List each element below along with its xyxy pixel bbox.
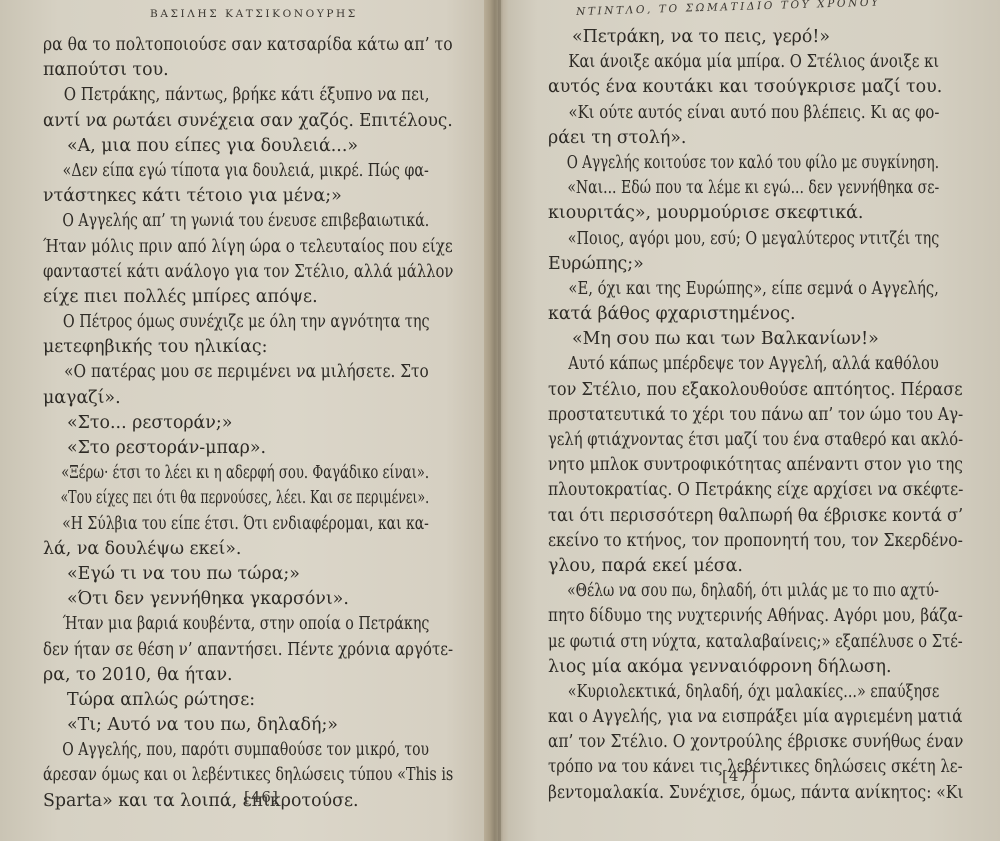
text-line: ντάστηκες κάτι τέτοιο για μένα;»: [43, 184, 453, 209]
text-line: Ο Αγγελής απ’ τη γωνιά του ένευσε επιβεβ…: [43, 209, 375, 234]
text-line: αντί να ρωτάει συνέχεια σαν χαζός. Επιτέ…: [43, 109, 439, 134]
text-line: γελή φτιάχνοντας έτσι μαζί του ένα σταθε…: [548, 428, 900, 453]
text-line: Ο Αγγελής κοιτούσε τον καλό του φίλο με …: [548, 151, 872, 176]
text-line: και ο Αγγελής, για να εισπράξει μία αγρι…: [548, 705, 913, 730]
text-line: «Του είχες πει ότι θα περνούσες, λέει. Κ…: [43, 486, 341, 511]
gutter-shadow: [498, 0, 501, 841]
text-line: «Κυριολεκτικά, δηλαδή, όχι μαλακίες...» …: [548, 680, 890, 705]
text-line: λιος μία ακόμα γενναιόφρονη δήλωση.: [548, 655, 963, 680]
text-line: δεν ήταν σε θέση ν’ απαντήσει. Πέντε χρό…: [43, 638, 397, 663]
text-line: φανταστεί κάτι ανάλογο για τον Στέλιο, α…: [43, 260, 391, 285]
text-line: προστατευτικά το χέρι του πάνω απ’ τον ώ…: [548, 403, 912, 428]
text-line: «Α, μια που είπες για δουλειά...»: [43, 134, 453, 159]
text-line: Ήταν μόλις πριν από λίγη ώρα ο τελευταίο…: [43, 235, 398, 260]
right-page: ΝΤΙΝΤΛΟ, ΤΟ ΣΩΜΑΤΙΔΙΟ ΤΟΥ ΧΡΟΝΟΥ «Πετράκ…: [508, 0, 1000, 841]
text-line: Και άνοιξε ακόμα μία μπίρα. Ο Στέλιος άν…: [548, 50, 901, 75]
text-line: μαγαζί».: [43, 386, 453, 411]
book-gutter: [484, 0, 508, 841]
text-line: «Ξέρω· έτσι το λέει κι η αδερφή σου. Φαγ…: [43, 461, 355, 486]
text-line: «Τι; Αυτό να του πω, δηλαδή;»: [43, 713, 453, 738]
right-page-text: «Πετράκη, να το πεις, γερό!»Και άνοιξε α…: [548, 25, 963, 806]
text-line: Ο Πέτρος όμως συνέχιζε με όλη την αγνότη…: [43, 310, 382, 335]
text-line: απ’ τον Στέλιο. Ο χοντρούλης έβρισκε συν…: [548, 730, 916, 755]
text-line: κιουριτάς», μουρμούρισε σκεφτικά.: [548, 201, 963, 226]
text-line: αυτός ένα κουτάκι και τσούγκρισε μαζί το…: [548, 75, 963, 100]
text-line: «Ο πατέρας μου σε περιμένει να μιλήσετε.…: [43, 360, 404, 385]
text-line: «Ότι δεν γεννήθηκα γκαρσόνι».: [43, 587, 453, 612]
running-head-author: ΒΑΣΙΛΗΣ ΚΑΤΣΙΚΟΝΟΥΡΗΣ: [150, 8, 358, 20]
text-line: ται ότι περισσότερη θαλπωρή θα έβρισκε κ…: [548, 504, 935, 529]
text-line: Αυτό κάπως μπέρδεψε τον Αγγελή, αλλά καθ…: [548, 352, 898, 377]
text-line: «Στο... ρεστοράν;»: [43, 411, 453, 436]
text-line: ράει τη στολή».: [548, 126, 963, 151]
page-number-right: [47]: [722, 767, 757, 785]
text-line: «Δεν είπα εγώ τίποτα για δουλειά, μικρέ.…: [43, 159, 379, 184]
text-line: άρεσαν όμως και οι λεβέντικες δηλώσεις τ…: [43, 763, 382, 788]
text-line: «Θέλω να σου πω, δηλαδή, ότι μιλάς με το…: [548, 579, 879, 604]
text-line: Ευρώπης;»: [548, 252, 963, 277]
text-line: «Η Σύλβια του είπε έτσι. Ότι ενδιαφέρομα…: [43, 512, 372, 537]
text-line: κατά βάθος φχαριστημένος.: [548, 302, 963, 327]
text-line: Ο Αγγελής, που, παρότι συμπαθούσε τον μι…: [43, 738, 373, 763]
text-line: «Ναι... Εδώ που τα λέμε κι εγώ... δεν γε…: [548, 176, 882, 201]
text-line: είχε πιει πολλές μπίρες απόψε.: [43, 285, 453, 310]
text-line: «Μη σου πω και των Βαλκανίων!»: [548, 327, 963, 352]
text-line: με φωτιά στη νύχτα, καταλαβαίνεις;» εξαπ…: [548, 630, 897, 655]
left-page: ΒΑΣΙΛΗΣ ΚΑΤΣΙΚΟΝΟΥΡΗΣ ρα θα το πολτοποιο…: [0, 0, 484, 841]
text-line: πλουτοκρατίας. Ο Πετράκης είχε αρχίσει ν…: [548, 478, 917, 503]
text-line: «Πετράκη, να το πεις, γερό!»: [548, 25, 963, 50]
text-line: ρα, το 2010, θα ήταν.: [43, 663, 453, 688]
text-line: εκείνο το κτήνος, τον προπονητή του, τον…: [548, 529, 919, 554]
text-line: Τώρα απλώς ρώτησε:: [43, 688, 453, 713]
text-line: τον Στέλιο, που εξακολουθούσε απτόητος. …: [548, 378, 932, 403]
page-number-left: [46]: [244, 788, 279, 806]
text-line: «Εγώ τι να του πω τώρα;»: [43, 562, 453, 587]
text-line: Ο Πετράκης, πάντως, βρήκε κάτι έξυπνο να…: [43, 83, 396, 108]
text-line: «Ε, όχι και της Ευρώπης», είπε σεμνά ο Α…: [548, 277, 901, 302]
text-line: παπούτσι του.: [43, 58, 453, 83]
text-line: μετεφηβικής του ηλικίας:: [43, 335, 453, 360]
open-book-spread: ΒΑΣΙΛΗΣ ΚΑΤΣΙΚΟΝΟΥΡΗΣ ρα θα το πολτοποιο…: [0, 0, 1000, 841]
text-line: Ήταν μια βαριά κουβέντα, στην οποία ο Πε…: [43, 612, 378, 637]
text-line: λά, να δουλέψω εκεί».: [43, 537, 453, 562]
text-line: πητο δίδυμο της νυχτερινής Αθήνας. Αγόρι…: [548, 604, 909, 629]
text-line: νητο μπλοκ συντροφικότητας απέναντι στον…: [548, 453, 918, 478]
running-head-title: ΝΤΙΝΤΛΟ, ΤΟ ΣΩΜΑΤΙΔΙΟ ΤΟΥ ΧΡΟΝΟΥ: [576, 0, 881, 18]
text-line: «Κι ούτε αυτός είναι αυτό που βλέπεις. Κ…: [548, 101, 902, 126]
left-page-text: ρα θα το πολτοποιούσε σαν κατσαρίδα κάτω…: [43, 33, 453, 814]
text-line: γλου, παρά εκεί μέσα.: [548, 554, 963, 579]
text-line: ρα θα το πολτοποιούσε σαν κατσαρίδα κάτω…: [43, 33, 411, 58]
text-line: «Στο ρεστοράν-μπαρ».: [43, 436, 453, 461]
text-line: «Ποιος, αγόρι μου, εσύ; Ο μεγαλύτερος ντ…: [548, 227, 890, 252]
